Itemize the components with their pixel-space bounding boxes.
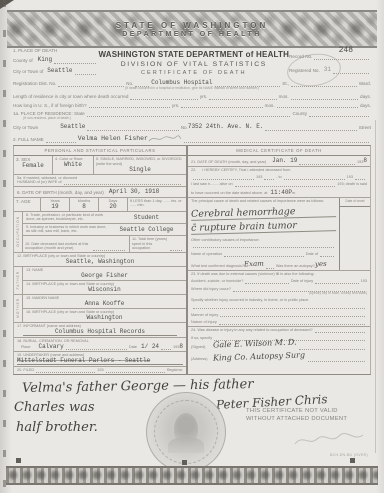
mother-side-label: MOTHER — [16, 298, 20, 318]
medical-certificate-column: MEDICAL CERTIFICATE OF DEATH 21. DATE OF… — [188, 146, 371, 374]
father-group: FATHER 13. NAME George Fisher 14. BIRTHP… — [14, 267, 186, 295]
occupation-group: OCCUPATION 8. Trade, profession, or part… — [14, 212, 186, 253]
if-so-specify-label: If so, specify — [191, 336, 212, 341]
registration-mark — [350, 458, 355, 463]
ornamental-bottom-border — [6, 466, 378, 485]
trade-label: 8. Trade, profession, or particular kind… — [26, 213, 110, 222]
dotted-line — [170, 249, 182, 251]
date-of-onset-label: Date of onset — [340, 198, 370, 207]
days-label: days. — [360, 103, 371, 109]
operation-date-label: Date of — [306, 252, 318, 257]
dotted-line — [193, 246, 334, 248]
county-label: County of — [13, 58, 33, 64]
signed-label: (Signed) — [191, 345, 205, 350]
dotted-line — [291, 98, 358, 100]
dotted-line — [264, 178, 274, 180]
not-valid-line-1: THIS CERTIFICATE NOT VALID — [246, 407, 364, 415]
us-length-label: How long in U. S., if of foreign birth? — [13, 103, 87, 109]
dotted-line — [75, 73, 97, 75]
registration-district-label: Registration Dist. No. — [13, 81, 56, 87]
dotted-line — [93, 249, 125, 251]
age-row: 7. AGE Years 19 Months 8 Days 20 — [14, 198, 186, 212]
filed-label: 20. FILED — [17, 368, 34, 373]
personal-column-title: PERSONAL AND STATISTICAL PARTICULARS — [14, 146, 186, 156]
ink-scribble — [148, 134, 182, 143]
year-prefix: 193 — [256, 175, 262, 180]
dotted-line — [284, 178, 345, 180]
trade-row: 8. Trade, profession, or particular kind… — [23, 212, 186, 224]
date-of-death-label: 21. DATE OF DEATH (month, day, and year) — [191, 160, 266, 165]
father-side-label-cell: FATHER — [14, 267, 23, 294]
date-of-death-row: 21. DATE OF DEATH (month, day, and year)… — [188, 156, 370, 167]
dotted-line — [320, 255, 334, 257]
dotted-line — [224, 255, 304, 257]
handwritten-note-line-2-left: Charles was — [14, 400, 95, 415]
address-label: (Address) — [191, 357, 207, 362]
age-label-cell: 7. AGE — [14, 198, 41, 211]
certificate-title: CERTIFICATE OF DEATH — [98, 70, 289, 76]
cause-of-death-block: The principal cause of death and related… — [188, 198, 370, 271]
dotted-line — [46, 141, 76, 143]
father-fields: 13. NAME George Fisher 14. BIRTHPLACE (c… — [23, 267, 186, 294]
age-note: If LESS than 1 day, ...... hrs. or .....… — [130, 199, 184, 208]
autopsy-label: Was there an autopsy? — [276, 264, 315, 269]
burial-date-label: Date — [129, 345, 137, 350]
dotted-line — [54, 62, 96, 64]
total-time-cell: 11. Total time (years) spent in this occ… — [130, 236, 186, 252]
occupation-fields: 8. Trade, profession, or particular kind… — [23, 212, 186, 252]
spouse-label-2: HUSBAND of (or) WIFE of — [17, 180, 62, 185]
burial-place-label: Place — [21, 345, 31, 350]
department-title: WASHINGTON STATE DEPARTMENT of HEALTH — [98, 50, 289, 59]
dotted-line — [106, 371, 165, 373]
dotted-line — [265, 129, 356, 131]
age-days-value: 20 — [101, 203, 125, 210]
to-label: , to — [276, 175, 281, 180]
death-certificate-scan: STATE OF WASHINGTON DEPARTMENT OF HEALTH… — [0, 0, 384, 493]
sex-race-marital-row: 3. SEX Female 4. Color or Race White 5. … — [14, 156, 186, 175]
manner-of-injury-label: Manner of injury — [191, 313, 218, 318]
cause-of-death-fields: The principal cause of death and related… — [188, 198, 339, 270]
age-days-cell: Days 20 — [99, 198, 128, 211]
age-years-cell: Years 19 — [41, 198, 70, 211]
place-of-death-block: 1. PLACE OF DEATH County of King City or… — [13, 48, 98, 75]
full-name-label: 2. FULL NAME — [13, 137, 44, 143]
registration-mark — [16, 458, 21, 463]
dotted-line — [181, 106, 262, 108]
undertaker-value: Mittelstadt Funeral Parlors - Seattle — [17, 357, 183, 365]
place-of-death-label: 1. PLACE OF DEATH — [13, 48, 98, 53]
occupation-side-label-cell: OCCUPATION — [14, 212, 23, 252]
injury-date-label: Date of injury — [291, 279, 313, 284]
age-note-cell: If LESS than 1 day, ...... hrs. or .....… — [128, 198, 186, 211]
father-side-label: FATHER — [16, 271, 20, 289]
dotted-line — [235, 185, 336, 187]
father-name-row: 13. NAME George Fisher — [23, 267, 186, 281]
test-value: Exam — [244, 259, 264, 269]
dotted-line — [66, 348, 127, 350]
industry-label: 9. Industry or business in which work wa… — [26, 225, 110, 234]
banner-text: STATE OF WASHINGTON DEPARTMENT OF HEALTH — [7, 12, 377, 46]
certify-block: 22. I HEREBY CERTIFY, That I attended de… — [188, 167, 370, 199]
dotted-line — [36, 371, 95, 373]
handwritten-note-line-1: Velma's father George — his father — [22, 377, 254, 396]
handwritten-note-line-3: half brother. — [16, 420, 98, 435]
occurred-at-text: to have occurred on the date stated abov… — [191, 191, 267, 196]
county-value: King — [38, 56, 52, 64]
undertaker-row: 19. UNDERTAKER (name and address) Mittel… — [14, 352, 186, 367]
days-label: days. — [360, 94, 371, 100]
record-number-value: 248 — [339, 46, 353, 55]
dotted-line — [355, 178, 365, 180]
specify-injury-note: Specify whether injury occurred in indus… — [191, 298, 367, 303]
marital-cell: 5. SINGLE, MARRIED, WIDOWED, or DIVORCED… — [94, 156, 186, 174]
dotted-line — [87, 115, 291, 117]
personal-statistical-column: PERSONAL AND STATISTICAL PARTICULARS 3. … — [13, 146, 188, 374]
dotted-line — [315, 331, 365, 333]
binding-stitch-marks — [3, 0, 6, 493]
race-value: White — [55, 161, 91, 168]
dotted-line — [64, 183, 181, 185]
certificate-body-table: PERSONAL AND STATISTICAL PARTICULARS 3. … — [13, 145, 371, 375]
yrs-label: yrs. — [172, 103, 179, 109]
spouse-row: 5a. If married, widowed, or divorced HUS… — [14, 175, 186, 187]
father-birthplace-row: 14. BIRTHPLACE (city or town and State o… — [23, 281, 186, 294]
residence-county-label: County — [292, 111, 307, 117]
dotted-line — [89, 106, 170, 108]
certify-text: I HEREBY CERTIFY, That I attended deceas… — [202, 168, 290, 173]
certify-item-number: 22. — [191, 168, 196, 173]
residence-note: (If non-resident, place of death.) — [23, 117, 371, 121]
cause-line-1: Cerebral hemorrhage — [191, 205, 336, 221]
cause-line-2: c̄ rupture brain tumor — [191, 219, 336, 235]
dotted-line — [161, 348, 171, 350]
occupation-side-label: OCCUPATION — [16, 216, 20, 247]
dotted-line — [184, 141, 369, 143]
where-injury-label: Where did injury occur? — [191, 287, 231, 292]
yrs-label: yrs. — [200, 94, 207, 100]
time-of-death-value: 11:40P — [270, 189, 292, 197]
mother-name-row: 15. MAIDEN NAME Anna Kooffe — [23, 295, 186, 309]
principal-cause-label: The principal cause of death and related… — [191, 199, 336, 204]
dotted-line — [266, 267, 274, 269]
burial-date-value: 1/ 24 — [141, 343, 159, 351]
external-causes-block: 23. If death was due to external causes … — [188, 271, 370, 328]
date-of-birth-row: 6. DATE OF BIRTH (month, day, and year) … — [14, 187, 186, 198]
total-time-label: 11. Total time (years) spent in this occ… — [132, 237, 168, 251]
marital-label: 5. SINGLE, MARRIED, WIDOWED, or DIVORCED… — [96, 157, 184, 166]
pencil-scribble — [293, 430, 365, 450]
mother-birthplace-row: 16. BIRTHPLACE (city or town and State o… — [23, 309, 186, 322]
mos-label: mos. — [279, 94, 289, 100]
last-worked-row: 10. Date deceased last worked at this oc… — [23, 236, 186, 252]
age-months-value: 8 — [72, 203, 96, 210]
age-months-cell: Months 8 — [70, 198, 99, 211]
date-of-birth-value: April 30, 1918 — [109, 188, 159, 196]
age-years-value: 19 — [43, 203, 67, 210]
physician-signature: Gale E. Wilson M. D. — [213, 338, 297, 351]
mother-fields: 15. MAIDEN NAME Anna Kooffe 16. BIRTHPLA… — [23, 295, 186, 322]
filed-row: 20. FILED 193 Registrar. — [14, 367, 186, 374]
residence-length-label: Length of residence in city or town wher… — [13, 94, 128, 100]
registration-mark — [182, 460, 187, 465]
last-saw-text: I last saw h........ alive on — [191, 182, 233, 187]
medical-column-title: MEDICAL CERTIFICATE OF DEATH — [188, 146, 370, 156]
where-injury-note: (Specify city or town, county and state) — [191, 292, 367, 296]
portrait-bust — [168, 437, 204, 453]
banner-dept-line: DEPARTMENT OF HEALTH — [122, 31, 262, 38]
operation-label: Name of operation — [191, 252, 222, 257]
dotted-line — [209, 98, 276, 100]
autopsy-value: yes — [315, 260, 327, 269]
dotted-line — [87, 129, 178, 131]
mother-side-label-cell: MOTHER — [14, 295, 23, 322]
certificate-form: 1. PLACE OF DEATH County of King City or… — [13, 48, 371, 375]
occupation-related-block: 24. Was disease or injury in any way rel… — [188, 327, 370, 363]
not-valid-notice: THIS CERTIFICATE NOT VALID WITHOUT ATTAC… — [246, 407, 364, 424]
death-year-value: 8 — [363, 157, 367, 165]
mother-birthplace-value: Washington — [26, 314, 183, 321]
dotted-line — [58, 85, 124, 87]
full-name-value: Velma Helen Fisher — [78, 135, 148, 143]
city-value: Seattle — [47, 67, 72, 75]
race-cell: 4. Color or Race White — [53, 156, 94, 174]
informant-value: Columbus Hospital Records — [23, 328, 177, 336]
registrar-label: Registrar. — [167, 368, 183, 373]
father-name-value: George Fisher — [26, 272, 183, 279]
street-no-label: No. — [181, 125, 188, 131]
date-of-birth-label: 6. DATE OF BIRTH (month, day, and year) — [17, 190, 104, 196]
dotted-line — [193, 307, 365, 309]
department-title-block: WASHINGTON STATE DEPARTMENT of HEALTH DI… — [98, 48, 289, 76]
residence-city-label: City or Town — [13, 125, 38, 131]
occupation-related-label: 24. Was disease or injury in any way rel… — [191, 328, 313, 333]
date-of-onset-column: Date of onset — [339, 198, 370, 270]
dotted-line — [277, 106, 358, 108]
birthplace-value: Seattle, Washington — [17, 258, 183, 265]
sex-value: Female — [16, 162, 50, 169]
burial-row: 18. BURIAL, CREMATION, OR REMOVAL Place … — [14, 338, 186, 353]
date-of-death-value: Jan. 19 — [272, 157, 297, 165]
meridiem-label: m. — [292, 191, 296, 196]
institution-note: (If death occurred in a hospital or inst… — [13, 87, 371, 91]
street-value: 7352 24th. Ave. N. E. — [188, 123, 264, 131]
injury-year-prefix: 193 — [361, 279, 367, 284]
page-right-edge-line — [375, 120, 376, 453]
last-worked-cell: 10. Date deceased last worked at this oc… — [23, 236, 130, 252]
ward-label: Ward. — [359, 81, 371, 87]
dotted-line — [299, 163, 355, 165]
dotted-line — [309, 115, 369, 117]
physician-address: King Co. Autopsy Surg — [213, 350, 305, 364]
banner-state-line: STATE OF WASHINGTON — [116, 21, 269, 30]
dotted-line — [193, 178, 254, 180]
year-prefix: 193 — [347, 175, 353, 180]
dotted-line — [219, 323, 365, 325]
trade-value: Student — [134, 214, 159, 222]
not-valid-line-2: WITHOUT ATTACHED DOCUMENT — [246, 415, 364, 423]
nature-of-injury-label: Nature of injury — [191, 320, 217, 325]
burial-place-value: Calvary — [39, 343, 64, 351]
dotted-line — [308, 360, 365, 362]
residence-city-value: Seattle — [60, 123, 85, 131]
test-label: What test confirmed diagnosis? — [191, 264, 244, 269]
dotted-line — [299, 348, 365, 350]
street-label: Street — [359, 125, 371, 131]
accident-label: Accident, suicide, or homicide? — [191, 279, 243, 284]
informant-row: 17. INFORMANT (name and address) Columbu… — [14, 323, 186, 338]
ornamental-banner: STATE OF WASHINGTON DEPARTMENT OF HEALTH — [7, 10, 377, 48]
father-birthplace-value: Wisconsin — [26, 286, 183, 293]
mos-label: mos. — [265, 103, 275, 109]
death-said-text: ; death is said — [344, 182, 367, 187]
dotted-line — [130, 98, 197, 100]
mother-name-value: Anna Kooffe — [26, 300, 183, 307]
dotted-line — [245, 282, 288, 284]
filed-year-prefix: 193 — [97, 368, 103, 373]
street-suffix-label: St., — [282, 81, 289, 87]
birthplace-row: 12. BIRTHPLACE (city or town and State o… — [14, 253, 186, 267]
contributory-label: Other contributory causes of importance: — [191, 238, 336, 242]
industry-row: 9. Industry or business in which work wa… — [23, 224, 186, 236]
last-worked-label: 10. Date deceased last worked at this oc… — [25, 242, 91, 251]
age-label: 7. AGE — [16, 199, 38, 204]
burial-year-value: 8 — [179, 343, 183, 351]
city-label: City or Town of — [13, 69, 43, 75]
sex-cell: 3. SEX Female — [14, 156, 53, 174]
form-code: BCH-EN-BU (OVER) — [330, 453, 368, 457]
external-causes-label: 23. If death was due to external causes … — [191, 272, 367, 277]
dotted-line — [220, 315, 365, 317]
industry-value: Seattle College — [119, 226, 173, 234]
marital-value: Single — [96, 166, 184, 173]
dotted-line — [315, 282, 358, 284]
mother-group: MOTHER 15. MAIDEN NAME Anna Kooffe 16. B… — [14, 295, 186, 323]
division-title: DIVISION OF VITAL STATISTICS — [98, 61, 289, 68]
